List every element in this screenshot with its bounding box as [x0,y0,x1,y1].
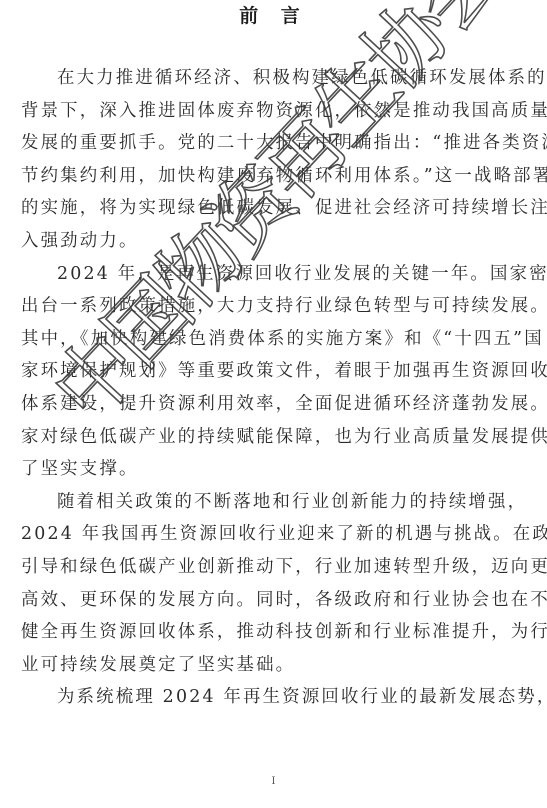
text-line: 入强劲动力。 [21,225,494,258]
page-number: I [0,776,547,787]
document-body: 在大力推进循环经济、积极构建绿色低碳循环发展体系的 背景下，深入推进固体废弃物资… [21,62,494,714]
text-line: 在大力推进循环经济、积极构建绿色低碳循环发展体系的 [21,62,494,95]
text-line: 业可持续发展奠定了坚实基础。 [21,649,494,682]
text-line: 的实施，将为实现绿色低碳发展、促进社会经济可持续增长注 [21,192,494,225]
text-line: 出台一系列政策措施，大力支持行业绿色转型与可持续发展。 [21,290,494,323]
text-line: 节约集约利用，加快构建废弃物循环利用体系。”这一战略部署 [21,160,494,193]
text-line: 引导和绿色低碳产业创新推动下，行业加速转型升级，迈向更 [21,551,494,584]
text-line: 发展的重要抓手。党的二十大报告中明确指出：“推进各类资源 [21,127,494,160]
page-title: 前 言 [0,2,547,30]
text-line: 随着相关政策的不断落地和行业创新能力的持续增强， [21,486,494,519]
paragraph-3: 随着相关政策的不断落地和行业创新能力的持续增强， 2024 年我国再生资源回收行… [21,486,494,682]
text-line: 健全再生资源回收体系，推动科技创新和行业标准提升，为行 [21,616,494,649]
text-line: 其中，《加快构建绿色消费体系的实施方案》和《“十四五”国 [21,323,494,356]
text-line: 体系建设，提升资源利用效率，全面促进循环经济蓬勃发展。国 [21,388,494,421]
text-line: 高效、更环保的发展方向。同时，各级政府和行业协会也在不断 [21,584,494,617]
paragraph-2: 2024 年，是再生资源回收行业发展的关键一年。国家密集 出台一系列政策措施，大… [21,258,494,486]
text-line: 为系统梳理 2024 年再生资源回收行业的最新发展态势，深 [21,681,494,714]
text-line: 2024 年，是再生资源回收行业发展的关键一年。国家密集 [21,258,494,291]
paragraph-1: 在大力推进循环经济、积极构建绿色低碳循环发展体系的 背景下，深入推进固体废弃物资… [21,62,494,258]
paragraph-4: 为系统梳理 2024 年再生资源回收行业的最新发展态势，深 [21,681,494,714]
text-line: 了坚实支撑。 [21,453,494,486]
text-line: 家对绿色低碳产业的持续赋能保障，也为行业高质量发展提供 [21,421,494,454]
text-line: 家环境保护规划》等重要政策文件，着眼于加强再生资源回收 [21,355,494,388]
text-line: 背景下，深入推进固体废弃物资源化，依然是推动我国高质量 [21,95,494,128]
document-page: 前 言 在大力推进循环经济、积极构建绿色低碳循环发展体系的 背景下，深入推进固体… [0,0,547,808]
text-line: 2024 年我国再生资源回收行业迎来了新的机遇与挑战。在政策 [21,518,494,551]
